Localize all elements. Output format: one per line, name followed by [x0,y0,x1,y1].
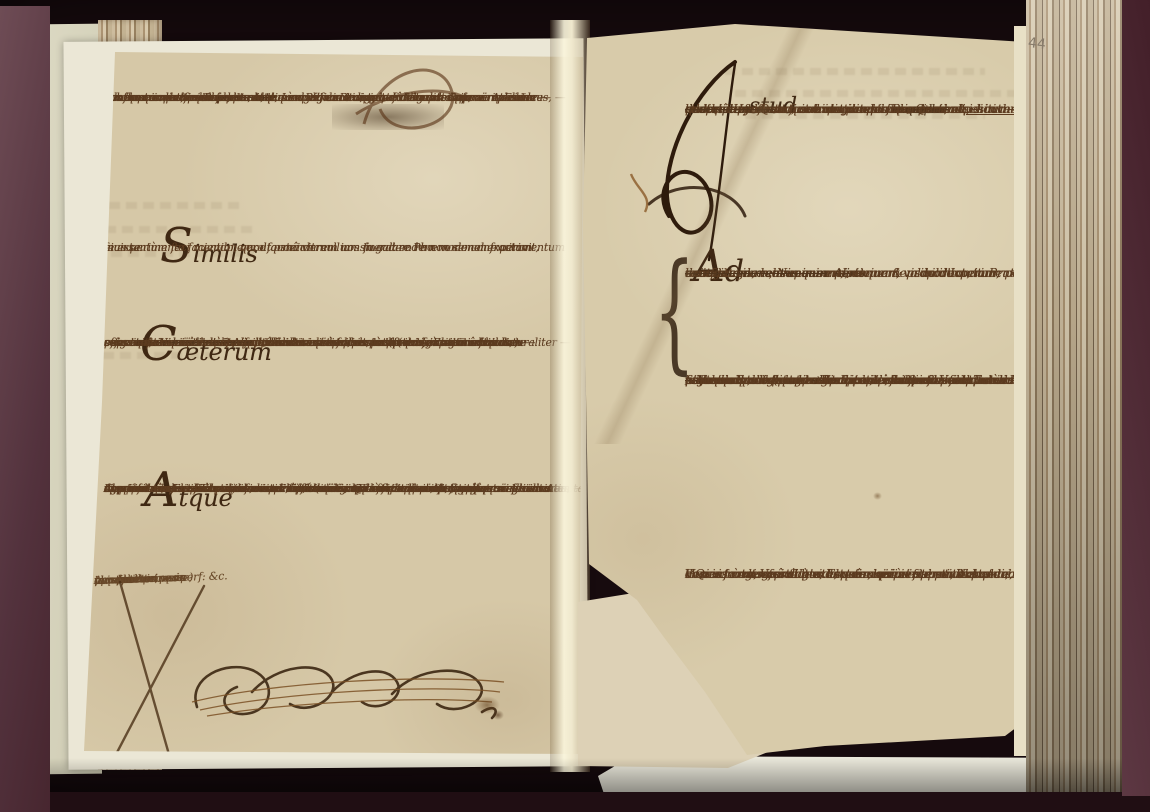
paper-crease [575,24,835,444]
book-cover-right [1122,0,1150,796]
stain-spot [492,710,504,720]
page-number: 44 [1027,35,1046,53]
book-cover-left [0,6,50,812]
left-page: quadratam Phialam vitream novem aut dece… [82,52,583,756]
book-photo: quadratam Phialam vitream novem aut dece… [0,0,1150,812]
fore-edge-pages [1026,0,1124,792]
showthrough-line [92,202,242,209]
stain-spot [873,492,882,500]
signature-scribble [182,652,512,732]
background-bottom [0,792,1150,812]
